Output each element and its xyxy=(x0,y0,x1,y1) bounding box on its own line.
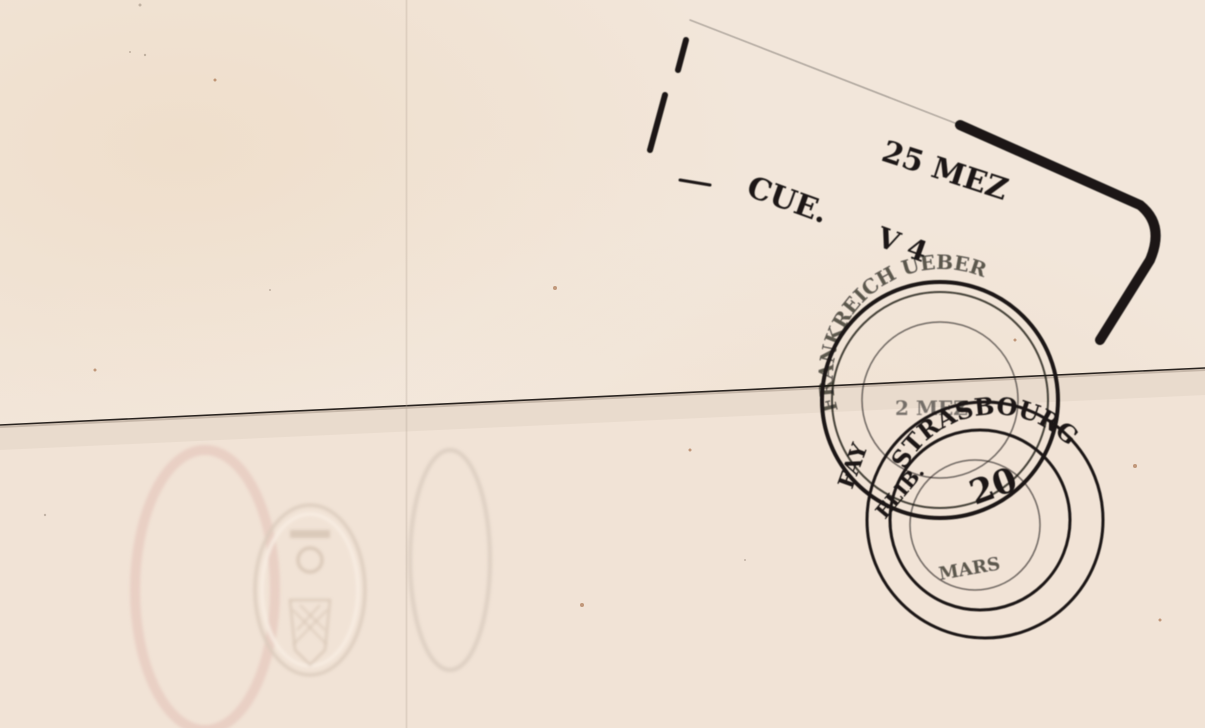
letter-cover: 25 MEZ CUE. V 4 FRANKREICH UEBER FAY 2 M… xyxy=(0,0,1205,728)
paper-specks xyxy=(94,79,1162,622)
circular-date-stamp-upper: FRANKREICH UEBER FAY 2 MEZ xyxy=(814,250,1058,518)
svg-text:20: 20 xyxy=(964,460,1022,514)
svg-text:25 MEZ: 25 MEZ xyxy=(878,134,1013,208)
postal-markings: 25 MEZ CUE. V 4 FRANKREICH UEBER FAY 2 M… xyxy=(0,0,1205,728)
circular-date-stamp-lower: STRASBOURG ELIB. 20 MARS xyxy=(867,391,1103,638)
svg-text:CUE.: CUE. xyxy=(742,170,832,231)
svg-text:MARS: MARS xyxy=(937,554,1002,585)
box-cancel-text: 25 MEZ CUE. V 4 xyxy=(742,134,1012,269)
box-cancel-frame xyxy=(650,20,1156,340)
svg-text:FAY: FAY xyxy=(833,440,873,492)
